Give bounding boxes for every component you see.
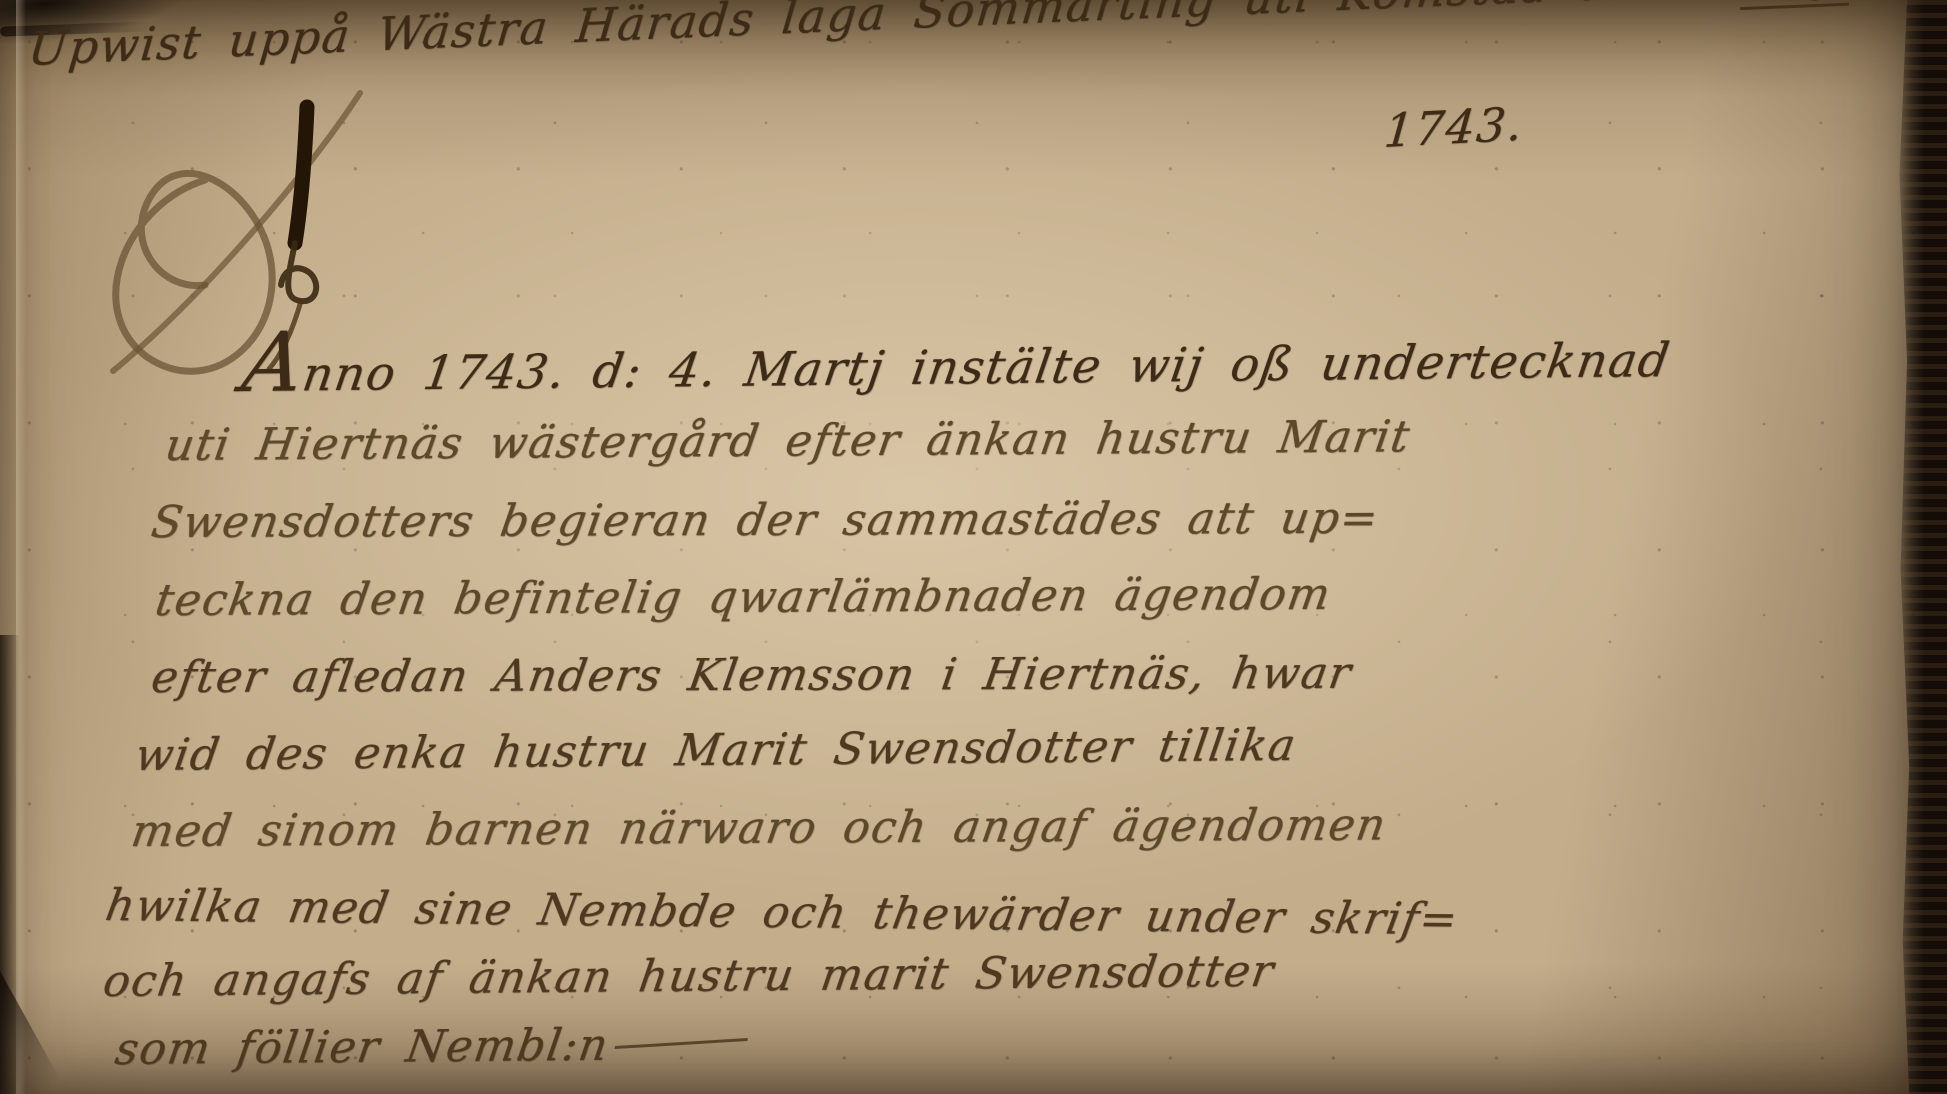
manuscript-line: efter afledan Anders Klemsson i Hiertnäs… xyxy=(148,648,1356,703)
manuscript-line: Anno 1743. d: 4. Martj instälte wij oß u… xyxy=(238,319,1676,403)
header-text: Upwist uppå Wästra Härads laga Sommartin… xyxy=(26,0,1745,76)
manuscript-line: wid des enka hustru Marit Swensdotter ti… xyxy=(132,720,1300,781)
abbreviation-flourish xyxy=(615,1028,749,1049)
header-year: 1743. xyxy=(1382,96,1526,158)
header-line: Upwist uppå Wästra Härads laga Sommartin… xyxy=(26,0,1855,76)
manuscript-line: och angafs af änkan hustru marit Swensdo… xyxy=(100,946,1278,1007)
manuscript-page: Upwist uppå Wästra Härads laga Sommartin… xyxy=(0,0,1947,1094)
right-book-edge xyxy=(1893,0,1947,1094)
manuscript-line: teckna den befintelig qwarlämbnaden ägen… xyxy=(152,569,1335,626)
manuscript-line: som föllier Nembl:n xyxy=(112,1018,751,1075)
manuscript-line: med sinom barnen närwaro och angaf ägend… xyxy=(128,799,1390,857)
header-underlined-word: Maji xyxy=(1740,0,1855,10)
last-line-text: som föllier Nembl:n xyxy=(112,1020,613,1075)
manuscript-line: Swensdotters begieran der sammastädes at… xyxy=(148,493,1383,548)
manuscript-line: hwilka med sine Nembde och thewärder und… xyxy=(102,880,1463,945)
manuscript-line: uti Hiertnäs wästergård efter änkan hust… xyxy=(162,411,1414,471)
